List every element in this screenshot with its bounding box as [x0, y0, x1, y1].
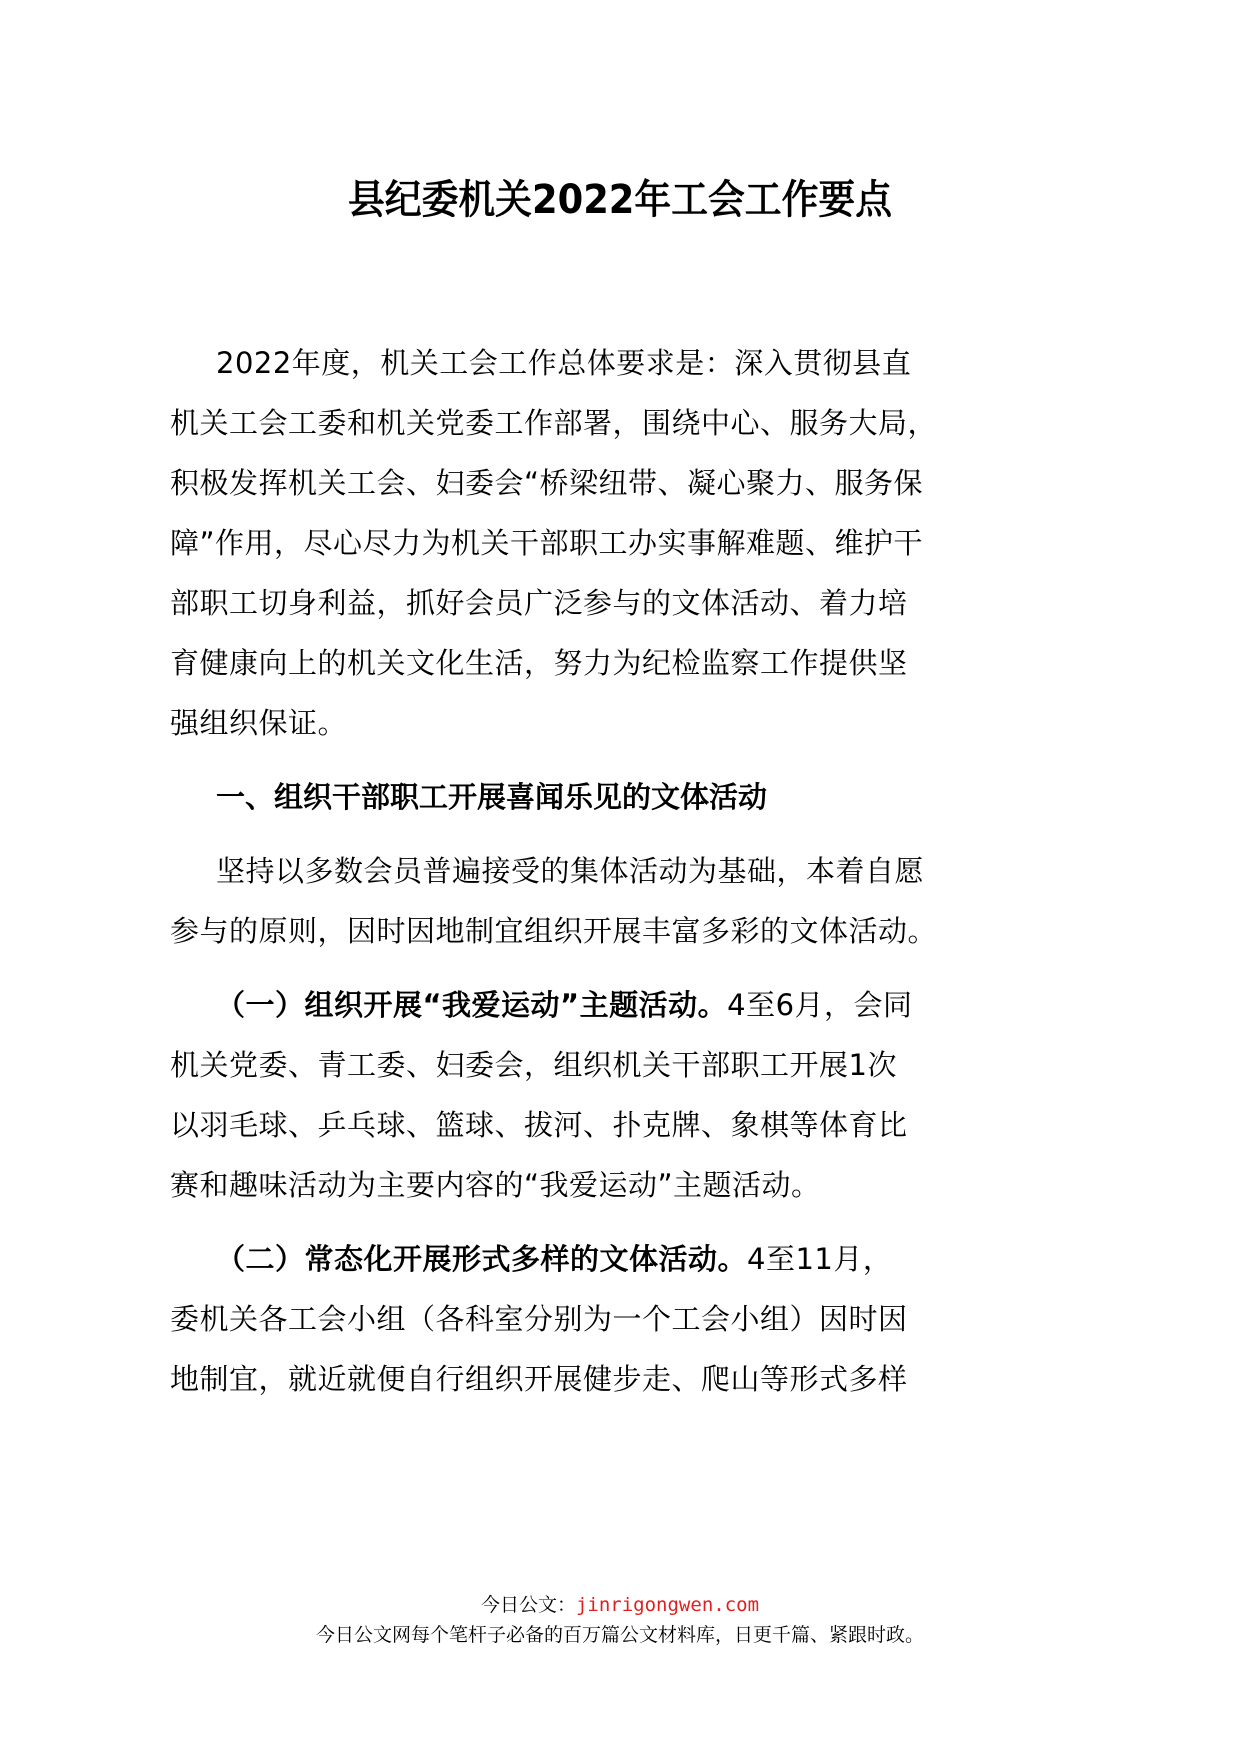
document-body: 2022年度，机关工会工作总体要求是：深入贯彻县直 机关工会工委和机关党委工作部…: [170, 333, 1070, 1409]
spacer: [170, 961, 1070, 975]
footer-site-link[interactable]: jinrigongwen.com: [576, 1594, 759, 1616]
item1-lead: （一）组织开展“我爱运动”主题活动。: [216, 988, 727, 1022]
item1-paragraph: （一）组织开展“我爱运动”主题活动。4至6月，会同 机关党委、青工委、妇委会，组…: [170, 975, 1070, 1215]
text-line: 机关工会工委和机关党委工作部署，围绕中心、服务大局，: [170, 393, 1070, 453]
document-title: 县纪委机关2022年工会工作要点: [50, 172, 1191, 228]
section1-paragraph: 坚持以多数会员普遍接受的集体活动为基础，本着自愿 参与的原则，因时因地制宜组织开…: [170, 841, 1070, 961]
text-line: 障”作用，尽心尽力为机关干部职工办实事解难题、维护干: [170, 513, 1070, 573]
text-line: 强组织保证。: [170, 693, 1070, 753]
footer-label: 今日公文：: [481, 1594, 576, 1616]
item2-first-rest: 4至11月，: [747, 1242, 892, 1276]
text-line: 委机关各工会小组（各科室分别为一个工会小组）因时因: [170, 1289, 1070, 1349]
text-line: 以羽毛球、乒乓球、篮球、拔河、扑克牌、象棋等体育比: [170, 1095, 1070, 1155]
footer-tagline: 今日公文网每个笔杆子必备的百万篇公文材料库，日更千篇、紧跟时政。: [0, 1620, 1240, 1650]
item2-first-line: （二）常态化开展形式多样的文体活动。4至11月，: [170, 1229, 1070, 1289]
section-heading-1: 一、组织干部职工开展喜闻乐见的文体活动: [170, 767, 1070, 827]
item1-first-line: （一）组织开展“我爱运动”主题活动。4至6月，会同: [170, 975, 1070, 1035]
text-line: 2022年度，机关工会工作总体要求是：深入贯彻县直: [170, 333, 1070, 393]
intro-paragraph: 2022年度，机关工会工作总体要求是：深入贯彻县直 机关工会工委和机关党委工作部…: [170, 333, 1070, 753]
text-line: 参与的原则，因时因地制宜组织开展丰富多彩的文体活动。: [170, 901, 1070, 961]
text-line: 育健康向上的机关文化生活，努力为纪检监察工作提供坚: [170, 633, 1070, 693]
text-line: 地制宜，就近就便自行组织开展健步走、爬山等形式多样: [170, 1349, 1070, 1409]
document-page: 县纪委机关2022年工会工作要点 2022年度，机关工会工作总体要求是：深入贯彻…: [0, 0, 1240, 1754]
item2-paragraph: （二）常态化开展形式多样的文体活动。4至11月， 委机关各工会小组（各科室分别为…: [170, 1229, 1070, 1409]
spacer: [170, 1215, 1070, 1229]
text-line: 坚持以多数会员普遍接受的集体活动为基础，本着自愿: [170, 841, 1070, 901]
text-line: 积极发挥机关工会、妇委会“桥梁纽带、凝心聚力、服务保: [170, 453, 1070, 513]
text-line: 部职工切身利益，抓好会员广泛参与的文体活动、着力培: [170, 573, 1070, 633]
text-line: 机关党委、青工委、妇委会，组织机关干部职工开展1次: [170, 1035, 1070, 1095]
footer-source-line: 今日公文：jinrigongwen.com: [0, 1590, 1240, 1620]
item2-lead: （二）常态化开展形式多样的文体活动。: [216, 1242, 747, 1276]
text-line: 赛和趣味活动为主要内容的“我爱运动”主题活动。: [170, 1155, 1070, 1215]
page-footer: 今日公文：jinrigongwen.com 今日公文网每个笔杆子必备的百万篇公文…: [0, 1590, 1240, 1650]
item1-first-rest: 4至6月，会同: [727, 988, 912, 1022]
